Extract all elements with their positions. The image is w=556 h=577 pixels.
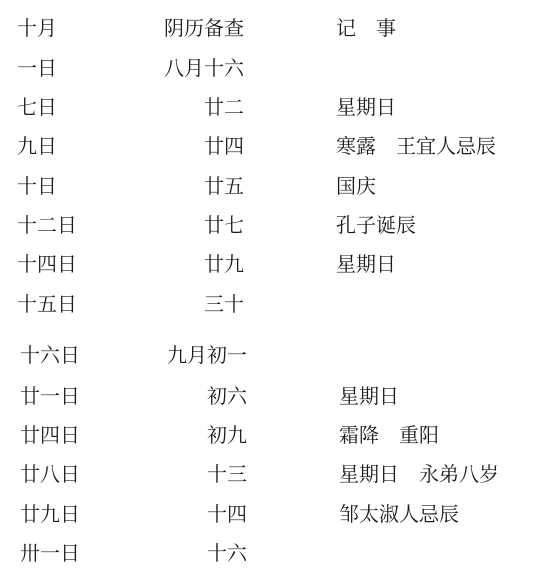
note-cell: 邹太淑人忌辰 (339, 499, 459, 529)
note-cell: 星期日 (339, 381, 399, 411)
day-cell: 九日 (17, 131, 57, 161)
day-cell: 十二日 (17, 210, 77, 240)
note-cell: 国庆 (336, 171, 376, 201)
table-row: 一日 八月十六 (0, 53, 556, 83)
lunar-cell: 廿七 (204, 210, 244, 240)
day-cell: 廿一日 (20, 381, 80, 411)
table-row: 九日 廿四 寒露 王宜人忌辰 (0, 131, 556, 161)
lunar-cell: 八月十六 (164, 53, 244, 83)
table-row: 七日 廿二 星期日 (0, 92, 556, 122)
lunar-cell: 廿四 (204, 131, 244, 161)
table-row: 十六日 九月初一 (0, 340, 556, 370)
month-heading: 十月 (17, 13, 57, 43)
table-row: 廿一日 初六 星期日 (0, 381, 556, 411)
note-cell: 霜降 重阳 (339, 420, 439, 450)
lunar-cell: 廿九 (204, 249, 244, 279)
day-cell: 卅一日 (20, 538, 80, 568)
table-row: 廿八日 十三 星期日 永弟八岁 (0, 459, 556, 489)
lunar-cell: 十三 (207, 459, 247, 489)
lunar-cell: 初九 (207, 420, 247, 450)
table-row: 十四日 廿九 星期日 (0, 249, 556, 279)
lunar-cell: 初六 (207, 381, 247, 411)
day-cell: 一日 (17, 53, 57, 83)
day-cell: 十四日 (17, 249, 77, 279)
table-row: 卅一日 十六 (0, 538, 556, 568)
table-row: 廿四日 初九 霜降 重阳 (0, 420, 556, 450)
lunar-cell: 廿五 (204, 171, 244, 201)
note-cell: 星期日 (336, 92, 396, 122)
table-row: 十日 廿五 国庆 (0, 171, 556, 201)
lunar-cell: 十六 (207, 538, 247, 568)
day-cell: 十五日 (17, 289, 77, 319)
day-cell: 廿八日 (20, 459, 80, 489)
day-cell: 七日 (17, 92, 57, 122)
lunar-cell: 十四 (207, 499, 247, 529)
lunar-cell: 九月初一 (167, 340, 247, 370)
lunar-cell: 廿二 (204, 92, 244, 122)
notes-heading: 记 事 (336, 13, 396, 43)
day-cell: 廿九日 (20, 499, 80, 529)
note-cell: 寒露 王宜人忌辰 (336, 131, 496, 161)
day-cell: 十日 (17, 171, 57, 201)
table-row: 十二日 廿七 孔子诞辰 (0, 210, 556, 240)
lunar-heading: 阴历备查 (164, 13, 244, 43)
note-cell: 星期日 (336, 249, 396, 279)
lunar-cell: 三十 (204, 289, 244, 319)
day-cell: 十六日 (20, 340, 80, 370)
note-cell: 星期日 永弟八岁 (339, 459, 499, 489)
note-cell: 孔子诞辰 (336, 210, 416, 240)
day-cell: 廿四日 (20, 420, 80, 450)
table-row: 廿九日 十四 邹太淑人忌辰 (0, 499, 556, 529)
table-row: 十五日 三十 (0, 289, 556, 319)
header-row: 十月 阴历备查 记 事 (0, 13, 556, 43)
